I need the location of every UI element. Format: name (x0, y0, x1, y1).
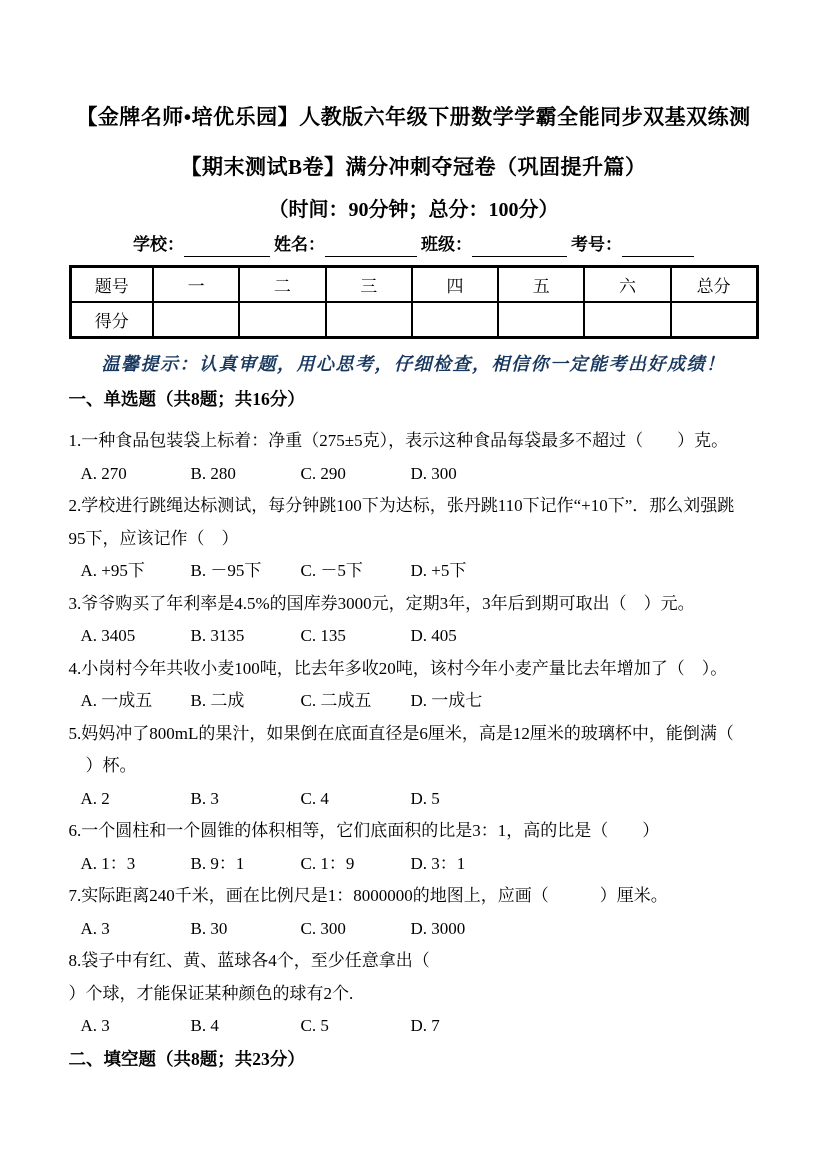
option-item: B. －95下 (191, 555, 301, 588)
option-item: B. 4 (191, 1010, 301, 1043)
paper-title-line2: 【期末测试B卷】满分冲刺夺冠卷（巩固提升篇） (69, 153, 759, 181)
question-options-row: A. +95下B. －95下C. －5下D. +5下 (69, 555, 759, 588)
school-blank-line (184, 236, 270, 257)
score-row-label-cell: 得分 (70, 302, 153, 338)
option-item: C. 5 (301, 1010, 411, 1043)
option-item: C. 4 (301, 783, 411, 816)
option-item: C. 1：9 (301, 848, 411, 881)
option-item: C. 300 (301, 913, 411, 946)
school-field: 学校： (133, 233, 270, 257)
option-item: C. 290 (301, 458, 411, 491)
score-empty-cell (671, 302, 757, 338)
option-item: D. 一成七 (411, 685, 483, 718)
option-item: B. 9：1 (191, 848, 301, 881)
question-text-line: 4.小岗村今年共收小麦100吨，比去年多收20吨，该村今年小麦产量比去年增加了（… (69, 653, 759, 686)
score-table-col-1: 一 (153, 267, 239, 303)
class-label: 班级： (421, 233, 472, 257)
question-options-row: A. 3B. 4C. 5D. 7 (69, 1010, 759, 1043)
option-item: A. 3 (81, 1010, 191, 1043)
exam-number-field: 考号： (571, 233, 694, 257)
paper-content: 【金牌名师•培优乐园】人教版六年级下册数学学霸全能同步双基双练测 【期末测试B卷… (69, 103, 759, 1073)
score-table-col-2: 二 (239, 267, 325, 303)
option-item: D. 3：1 (411, 848, 466, 881)
question-text-line: 1.一种食品包装袋上标着：净重（275±5克），表示这种食品每袋最多不超过（ ）… (69, 425, 759, 458)
score-table-header-row: 题号 一 二 三 四 五 六 总分 (70, 267, 757, 303)
score-table-col-3: 三 (326, 267, 412, 303)
score-empty-cell (239, 302, 325, 338)
section-1-heading: 一、单选题（共8题；共16分） (69, 385, 759, 413)
question-text-line: ）杯。 (69, 750, 759, 783)
question-text-line: ）个球，才能保证某种颜色的球有2个. (69, 978, 759, 1011)
paper-title-line1: 【金牌名师•培优乐园】人教版六年级下册数学学霸全能同步双基双练测 (69, 103, 759, 131)
option-item: A. 一成五 (81, 685, 191, 718)
class-field: 班级： (421, 233, 567, 257)
score-empty-cell (326, 302, 412, 338)
student-info-line: 学校： 姓名： 班级： 考号： (69, 233, 759, 257)
option-item: A. 2 (81, 783, 191, 816)
score-table-col-total: 总分 (671, 267, 757, 303)
school-label: 学校： (133, 233, 184, 257)
question-options-row: A. 1：3B. 9：1C. 1：9D. 3：1 (69, 848, 759, 881)
question-options-row: A. 一成五B. 二成C. 二成五D. 一成七 (69, 685, 759, 718)
option-item: D. +5下 (411, 555, 467, 588)
option-item: B. 30 (191, 913, 301, 946)
question-text-line: 2.学校进行跳绳达标测试，每分钟跳100下为达标，张丹跳110下记作“+10下”… (69, 490, 759, 523)
score-table-col-5: 五 (498, 267, 584, 303)
question-text-line: 7.实际距离240千米，画在比例尺是1：8000000的地图上，应画（ ）厘米。 (69, 880, 759, 913)
question-text-line: 8.袋子中有红、黄、蓝球各4个，至少任意拿出（ (69, 945, 759, 978)
option-item: B. 二成 (191, 685, 301, 718)
exam-number-blank-line (622, 236, 694, 257)
option-item: A. +95下 (81, 555, 191, 588)
score-empty-cell (412, 302, 498, 338)
question-text-line: 3.爷爷购买了年利率是4.5%的国库券3000元，定期3年，3年后到期可取出（ … (69, 588, 759, 621)
section-2-heading: 二、填空题（共8题；共23分） (69, 1045, 759, 1073)
option-item: D. 7 (411, 1010, 440, 1043)
question-text-line: 5.妈妈冲了800mL的果汁，如果倒在底面直径是6厘米，高是12厘米的玻璃杯中，… (69, 718, 759, 751)
score-table-score-row: 得分 (70, 302, 757, 338)
option-item: A. 270 (81, 458, 191, 491)
warm-tip-line: 温馨提示：认真审题，用心思考，仔细检查，相信你一定能考出好成绩！ (69, 352, 759, 376)
question-text-line: 95下，应该记作（ ） (69, 523, 759, 556)
question-number-header-cell: 题号 (70, 267, 153, 303)
question-text-line: 6.一个圆柱和一个圆锥的体积相等，它们底面积的比是3：1，高的比是（ ） (69, 815, 759, 848)
option-item: D. 300 (411, 458, 457, 491)
exam-number-label: 考号： (571, 233, 622, 257)
time-total-score-line: （时间：90分钟；总分：100分） (69, 198, 759, 222)
option-item: B. 3 (191, 783, 301, 816)
option-item: B. 280 (191, 458, 301, 491)
option-item: C. 二成五 (301, 685, 411, 718)
score-table-col-6: 六 (584, 267, 670, 303)
name-field: 姓名： (274, 233, 417, 257)
option-item: C. 135 (301, 620, 411, 653)
name-label: 姓名： (274, 233, 325, 257)
score-table: 题号 一 二 三 四 五 六 总分 得分 (69, 265, 759, 339)
name-blank-line (325, 236, 417, 257)
score-empty-cell (584, 302, 670, 338)
question-options-row: A. 3B. 30C. 300D. 3000 (69, 913, 759, 946)
class-blank-line (472, 236, 567, 257)
exam-paper-page: 【金牌名师•培优乐园】人教版六年级下册数学学霸全能同步双基双练测 【期末测试B卷… (0, 0, 827, 1169)
question-options-row: A. 2B. 3C. 4D. 5 (69, 783, 759, 816)
score-empty-cell (498, 302, 584, 338)
score-table-col-4: 四 (412, 267, 498, 303)
option-item: D. 3000 (411, 913, 466, 946)
option-item: A. 3 (81, 913, 191, 946)
option-item: A. 3405 (81, 620, 191, 653)
option-item: A. 1：3 (81, 848, 191, 881)
option-item: C. －5下 (301, 555, 411, 588)
question-options-row: A. 270B. 280C. 290D. 300 (69, 458, 759, 491)
question-options-row: A. 3405B. 3135C. 135D. 405 (69, 620, 759, 653)
option-item: D. 5 (411, 783, 440, 816)
option-item: D. 405 (411, 620, 457, 653)
option-item: B. 3135 (191, 620, 301, 653)
score-empty-cell (153, 302, 239, 338)
multiple-choice-questions-list: 1.一种食品包装袋上标着：净重（275±5克），表示这种食品每袋最多不超过（ ）… (69, 425, 759, 1043)
